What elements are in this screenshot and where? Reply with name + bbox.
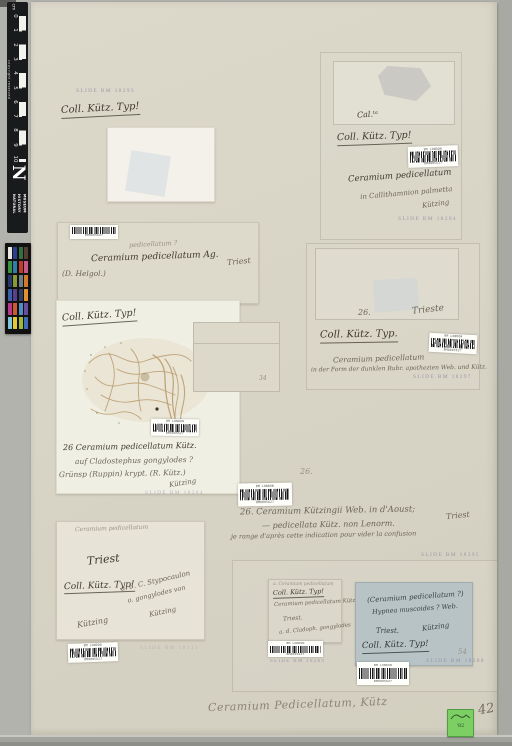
annotation-label: Ceramium pedicellatum Triest Coll. Kütz.… <box>56 521 205 640</box>
barcode-text-bottom: BM0005627 <box>286 653 304 656</box>
scale-ruler: cm 012345678910 copyright reserved N NAT… <box>7 2 28 233</box>
specimen-barcode: BM LONDON BM0005627 <box>357 662 409 685</box>
nhm-logo-line: MUSEUM <box>22 194 26 213</box>
barcode-text-bottom: BM0005627 <box>85 234 103 237</box>
nhm-logo-line: HISTORY <box>17 194 21 213</box>
barcode-bars <box>359 668 407 680</box>
color-checker-patch <box>8 247 12 259</box>
specimen-barcode: BM LONDON BM0005627 <box>408 145 459 168</box>
color-checker <box>5 243 31 334</box>
color-checker-patch <box>8 317 12 329</box>
specimen-knot <box>141 373 150 382</box>
barcode-text-bottom: BM0005627 <box>166 432 184 435</box>
color-checker-patch <box>8 303 12 315</box>
handwriting-number: 34 <box>259 375 267 382</box>
ruler-number: 9 <box>12 141 18 149</box>
ruler-number: 6 <box>12 98 18 106</box>
sticker-year: '82 <box>448 723 473 729</box>
stamp-slide-number: SLIDE BM 18313 <box>140 645 199 651</box>
specimen-barcode: BM LONDON BM0005627 <box>68 642 119 663</box>
specimen-barcode: BM LONDON BM0005627 <box>151 419 199 437</box>
scan-right-edge <box>499 0 512 746</box>
handwriting-place: Triest. <box>376 627 399 635</box>
barcode-text-bottom: BM0005627 <box>444 348 462 352</box>
barcode-text-bottom: BM0005627 <box>256 501 274 504</box>
barcode-text-bottom: BM0005627 <box>84 657 102 661</box>
color-checker-patch <box>19 289 23 301</box>
handwriting-note: Grünsp (Ruppin) krypt. (R. Kütz.) <box>59 469 186 480</box>
barcode-bars <box>240 488 290 500</box>
handwriting-coll-kutz: Coll. Kütz. Typ! <box>362 640 429 654</box>
color-checker-patch <box>13 275 17 287</box>
copyright-text: copyright reserved <box>7 60 11 146</box>
handwriting-coll-kutz: Coll. Kütz. Typ! <box>62 308 137 326</box>
green-number-sticker: '82 <box>447 709 474 737</box>
ruler-number: 0 <box>12 12 18 20</box>
color-checker-patch <box>13 247 17 259</box>
handwriting-signature: Kützing <box>422 621 450 633</box>
handwriting-place: Triest <box>86 552 120 568</box>
handwriting-pencil: a. Ceramium pedicellatum <box>273 582 333 587</box>
specimen-scan: cm 012345678910 copyright reserved N NAT… <box>0 0 512 746</box>
specimen-through-envelope <box>378 66 431 101</box>
specimen-through-envelope <box>125 150 171 197</box>
handwriting-signature: Kützing <box>76 615 108 629</box>
specimen-envelope <box>107 127 215 202</box>
color-checker-patch <box>19 317 23 329</box>
handwriting-signature: Kützing <box>148 605 176 619</box>
handwriting-pencil: Ceramium pedicellatum <box>75 524 148 534</box>
nhm-logo-text: NATURALHISTORYMUSEUM <box>11 194 26 232</box>
color-checker-patch <box>24 275 28 287</box>
ruler-number: 5 <box>12 84 18 92</box>
color-checker-patch <box>13 317 17 329</box>
color-checker-patch <box>19 303 23 315</box>
handwriting-note: Hypnea muscoides ? Web. <box>372 603 458 616</box>
specimen-barcode: BM LONDON BM0005627 <box>268 641 323 657</box>
handwriting-number: 54 <box>458 648 467 656</box>
color-checker-patch <box>24 289 28 301</box>
color-checker-patch <box>24 261 28 273</box>
stamp-slide-number: SLIDE BM 18284 <box>145 490 204 496</box>
annotation-label-blue: (Ceramium pedicellatum ?) Hypnea muscoid… <box>355 582 473 666</box>
handwriting-place: Triest. <box>283 615 303 623</box>
color-checker-patch <box>8 261 12 273</box>
color-checker-patch <box>24 247 28 259</box>
envelope-fold <box>194 343 279 344</box>
stamp-slide-number: SLIDE BM 18295 <box>421 552 480 558</box>
specimen-barcode: BM LONDON BM0005627 <box>429 333 478 354</box>
handwriting-number: 26. <box>358 308 371 317</box>
color-checker-patch <box>19 275 23 287</box>
handwriting-signature: Kützing <box>169 477 197 489</box>
ruler-number: 8 <box>12 126 18 134</box>
color-checker-patch <box>24 303 28 315</box>
nhm-logo-icon: N <box>8 165 28 181</box>
handwriting-coll-kutz: Coll. Kütz. Typ! <box>337 131 412 147</box>
color-checker-patch <box>19 261 23 273</box>
ruler-number: 10 <box>12 155 18 163</box>
specimen-barcode: BM0005627 <box>70 225 118 239</box>
handwriting-note: (D. Helgol.) <box>62 270 106 279</box>
ruler-blocks <box>19 16 26 162</box>
ruler-number: 4 <box>12 69 18 77</box>
handwriting-note: a. d. Cladoph. gongylodes <box>279 622 351 636</box>
sheet-number: 42 <box>477 701 496 719</box>
color-checker-patch <box>13 303 17 315</box>
specimen-envelope <box>333 61 455 125</box>
color-checker-patch <box>13 289 17 301</box>
ruler-number: 3 <box>12 55 18 63</box>
color-checker-patch <box>8 289 12 301</box>
handwriting-cal: Cal.ᵗᵃ <box>357 109 379 120</box>
color-checker-patches <box>8 247 28 329</box>
stamp-slide-number: SLIDE BM 18288 <box>426 658 485 664</box>
ruler-number: 7 <box>12 112 18 120</box>
color-checker-patch <box>8 275 12 287</box>
blank-envelope: 34 <box>193 322 280 392</box>
annotation-label: a. Ceramium pedicellatum Coll. Kütz. Typ… <box>268 579 342 643</box>
color-checker-patch <box>19 247 23 259</box>
stamp-slide-number: SLIDE BM 18297 <box>413 374 472 380</box>
ruler-number: 1 <box>12 26 18 34</box>
handwriting-note: auf Cladostephus gongylodes ? <box>75 456 193 467</box>
stamp-slide-number: SLIDE BM 18294 <box>398 216 457 222</box>
handwriting-coll-kutz: Coll. Kütz. Typ! <box>273 588 324 599</box>
specimen-barcode: BM LONDON BM0005627 <box>238 483 292 507</box>
barcode-text-bottom: BM0005627 <box>424 162 442 166</box>
handwriting-coll-kutz: Coll. Kütz. Typ. <box>320 328 398 343</box>
handwriting-number: 26. <box>300 467 313 476</box>
color-checker-patch <box>13 261 17 273</box>
handwriting-species: 26 Ceramium pedicellatum Kütz. <box>63 441 197 453</box>
sticker-scribble <box>449 711 472 723</box>
nhm-logo-line: NATURAL <box>12 194 16 214</box>
scan-bottom-edge <box>0 735 512 746</box>
stamp-slide-number: SLIDE BM 18293 <box>76 88 135 94</box>
stamp-slide-number: SLIDE BM 18289 <box>270 659 325 664</box>
barcode-text-bottom: BM0005627 <box>374 680 392 683</box>
color-checker-patch <box>24 317 28 329</box>
ruler-number: 2 <box>12 41 18 49</box>
